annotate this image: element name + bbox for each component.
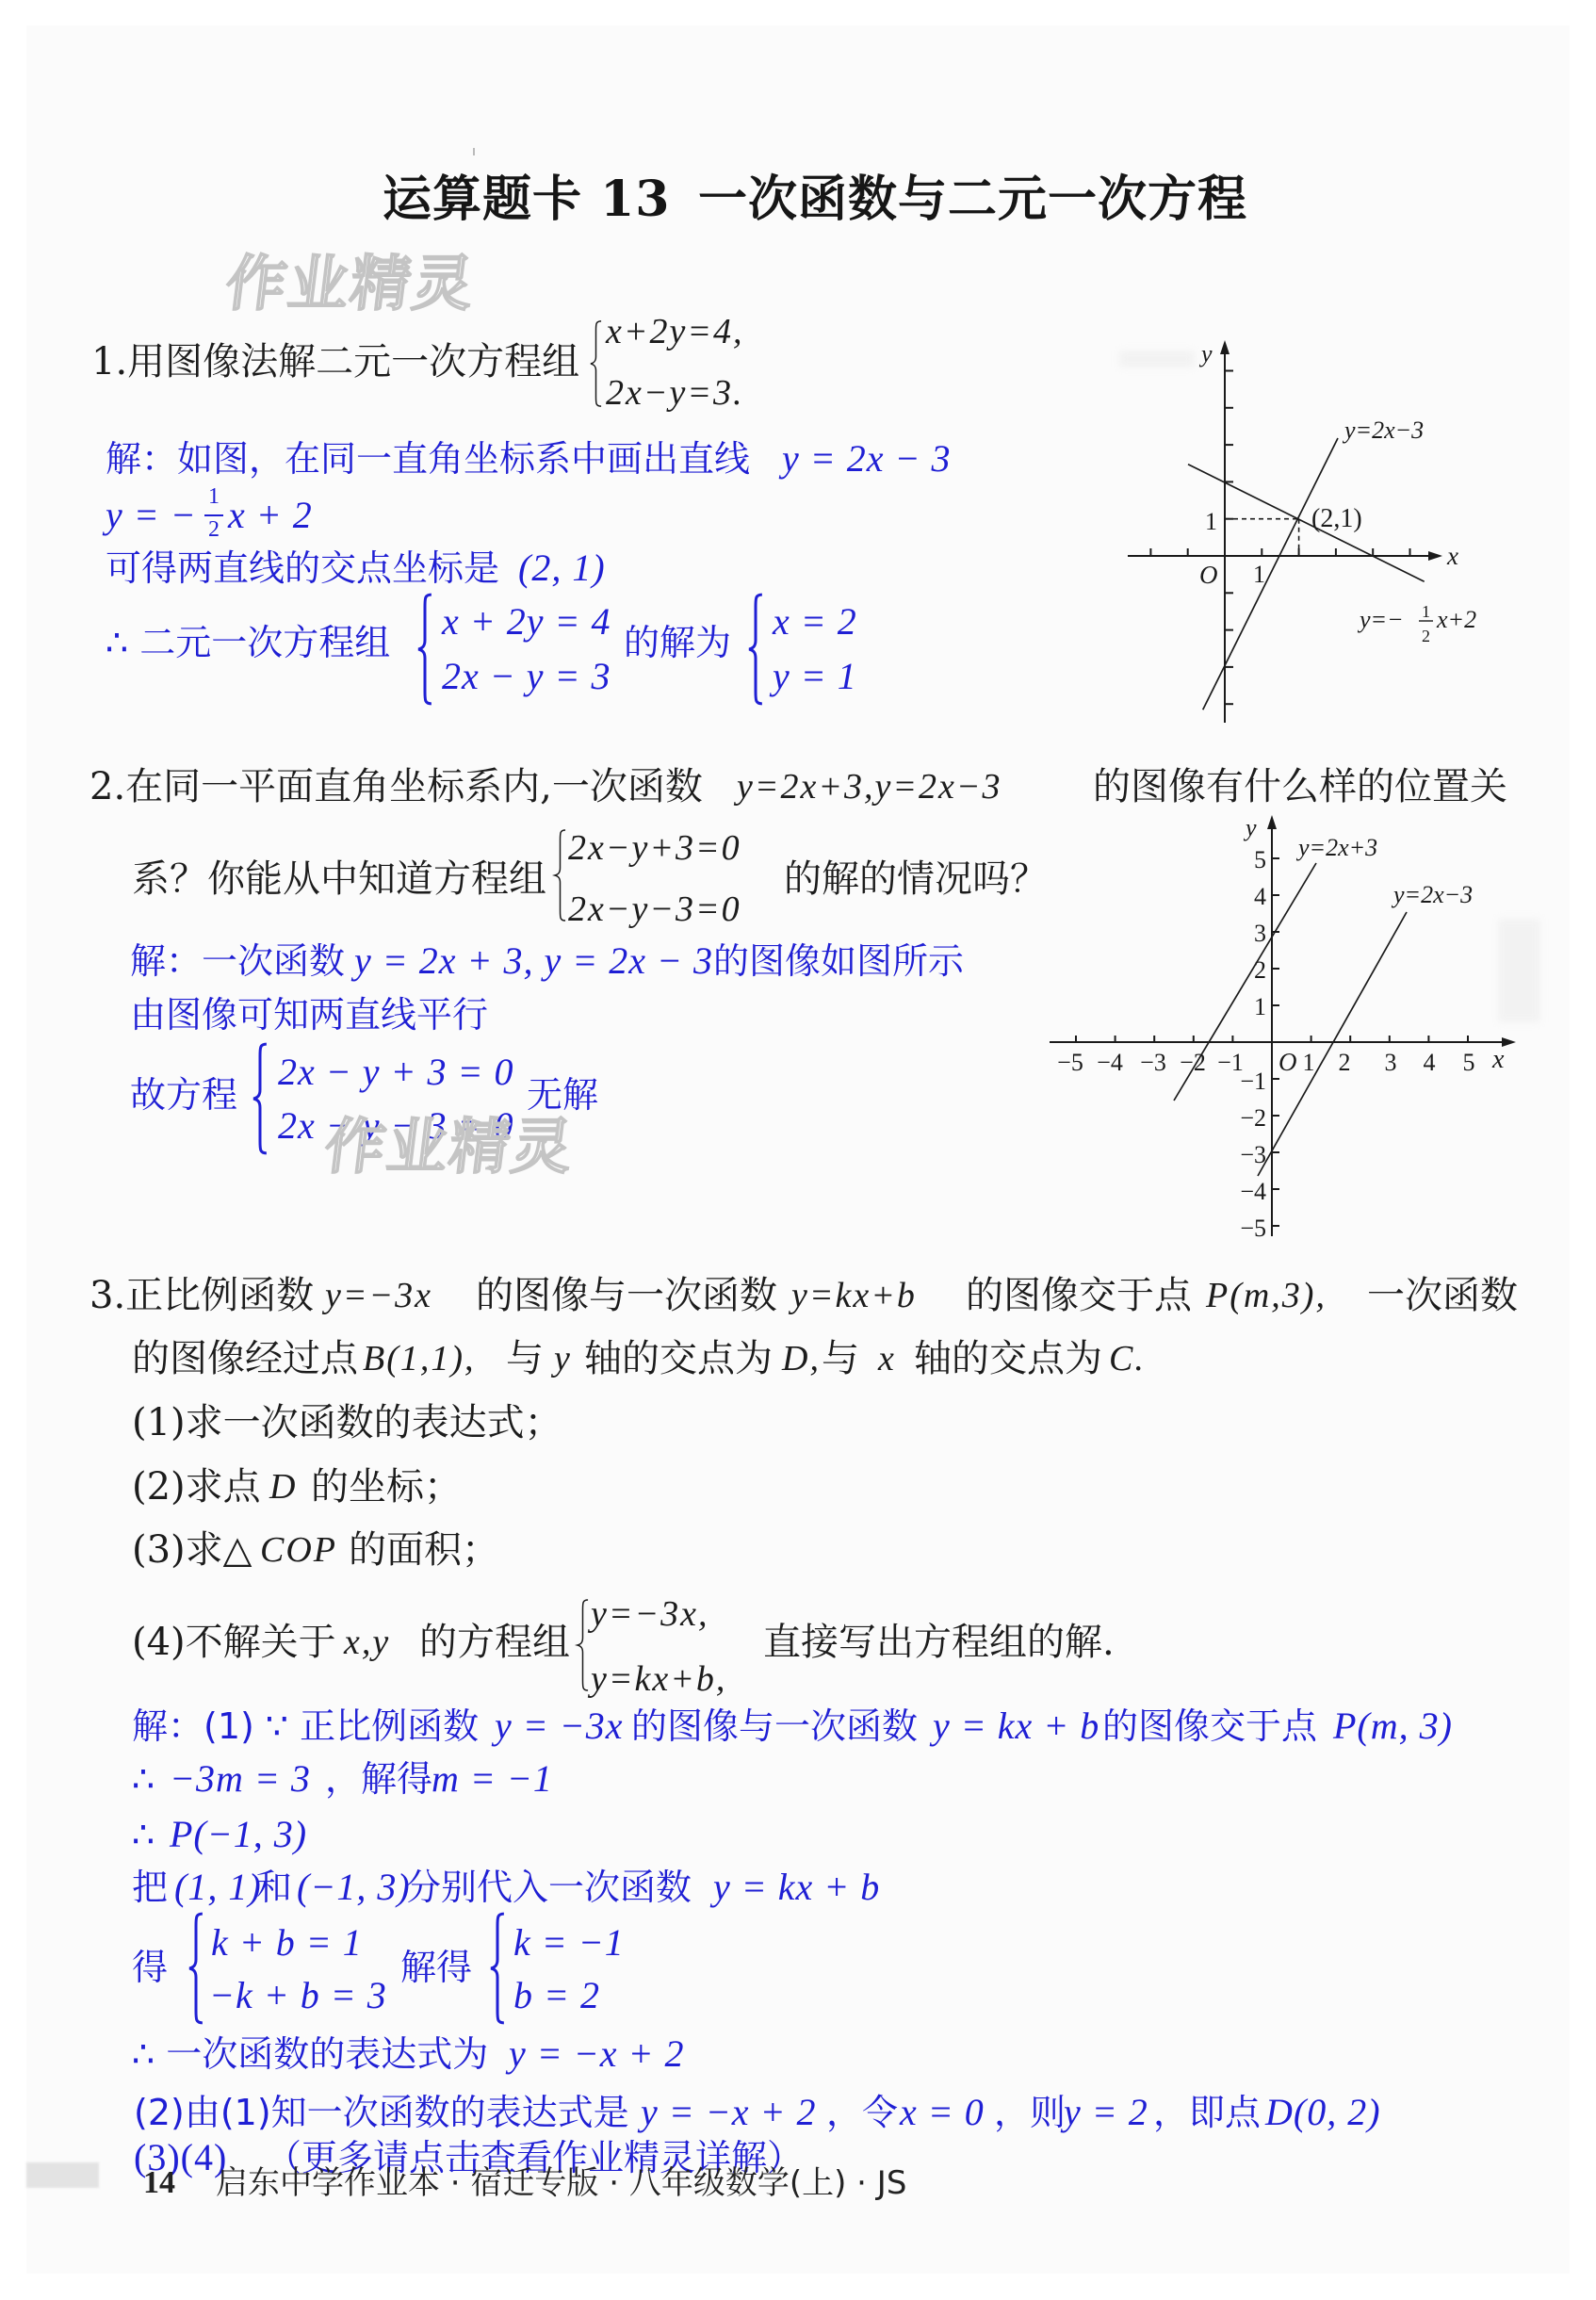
- y-tick-label: −5: [1240, 1215, 1266, 1242]
- intersection-label: (2,1): [1311, 504, 1362, 533]
- watermark: 作业精灵: [222, 254, 479, 315]
- scan-speck: [473, 148, 475, 155]
- q3-answer-l5-b: 解得: [400, 1949, 472, 1985]
- q3-line2-math4: x: [878, 1341, 896, 1377]
- q3-part3-math: COP: [260, 1532, 337, 1568]
- q3-answer-l7-d: ，即点: [1153, 2095, 1261, 2130]
- q2-coordinate-graph: −5 −4 −3 −2 −1 1 2 3 4 5 5 4 3 2 1 −1 −2…: [1036, 801, 1564, 1253]
- fraction-numerator: 1: [208, 485, 220, 508]
- x-tick-label: −2: [1180, 1049, 1206, 1076]
- q2-answer-line1-math: y = 2x + 3, y = 2x − 3: [354, 942, 713, 980]
- q2-answer-line1-a: 解：一次函数: [130, 943, 345, 979]
- x-tick-label: −4: [1097, 1049, 1123, 1076]
- q3-part4-b: 的方程组: [419, 1623, 570, 1661]
- y-tick-label: 1: [1205, 508, 1217, 535]
- q1-answer-line1-math: y = 2x − 3: [782, 440, 952, 478]
- q3-line1-math2: y=kx+b: [791, 1278, 917, 1313]
- q3-answer-l7-b: ，令: [826, 2095, 898, 2130]
- q3-line1-d: 一次函数: [1367, 1277, 1518, 1314]
- x-tick-label: 2: [1339, 1049, 1351, 1076]
- q3-line2-b: 与: [506, 1340, 544, 1378]
- q3-line2-math5: C.: [1109, 1341, 1146, 1377]
- line-label-frac-den: 2: [1422, 627, 1430, 645]
- q1-equation-2: 2x−y=3.: [606, 375, 744, 411]
- page-title: 一次函数与二元一次方程: [698, 175, 1247, 224]
- y-tick-label: −4: [1240, 1178, 1266, 1205]
- x-tick-label: 5: [1463, 1049, 1475, 1076]
- q1-answer-solution-y: y = 1: [773, 658, 857, 695]
- y-tick-label: 2: [1254, 956, 1266, 984]
- brace-icon: [577, 1599, 589, 1691]
- q1-answer-intersection: (2, 1): [518, 549, 606, 587]
- x-tick-label: 1: [1303, 1049, 1315, 1076]
- x-tick-label: 1: [1253, 561, 1265, 588]
- x-axis-label: x: [1491, 1045, 1505, 1074]
- q3-line2-math2: y: [554, 1341, 572, 1377]
- q2-answer-line2: 由图像可知两直线平行: [130, 997, 488, 1033]
- brace-icon: [417, 594, 432, 705]
- q2-prompt-line2-a: 系？你能从中知道方程组: [132, 860, 546, 898]
- q3-part4-equation-1: y=−3x,: [591, 1596, 709, 1632]
- line-y-neg-half-x-plus-2: [1188, 465, 1425, 582]
- brace-icon: [252, 1043, 268, 1154]
- q2-answer-line1-b: 的图像如图所示: [713, 943, 964, 979]
- q3-answer-solution-k: k = −1: [513, 1924, 625, 1962]
- q2-prompt-line2-b: 的解的情况吗？: [784, 860, 1048, 898]
- q3-part3-b: 的面积；: [349, 1531, 499, 1569]
- q3-answer-l1-math2: y = kx + b: [933, 1707, 1099, 1745]
- line-label-y-2x-minus-3: y=2x−3: [1342, 416, 1424, 444]
- q3-part4-math: x,y: [344, 1624, 390, 1660]
- q3-answer-l2-b: ，解得: [325, 1761, 432, 1797]
- y-axis-arrow-icon: [1267, 815, 1277, 829]
- q3-answer-l7-c: ，则: [994, 2095, 1066, 2130]
- y-tick-label: 4: [1254, 883, 1266, 910]
- q3-answer-l7-math2: x = 0: [900, 2094, 985, 2131]
- q3-answer-l5-a: 得: [132, 1949, 168, 1985]
- y-tick-label: 1: [1254, 993, 1266, 1020]
- line-label-lhs: y=−: [1357, 606, 1404, 633]
- y-axis-label: y: [1198, 340, 1213, 367]
- q3-answer-l4-b: 和: [256, 1869, 292, 1905]
- y-tick-label: −1: [1240, 1068, 1266, 1095]
- q3-line2-a: 的图像经过点: [132, 1340, 358, 1378]
- y-tick-label: −2: [1240, 1104, 1266, 1132]
- q3-answer-l4-c: 分别代入一次函数: [405, 1869, 692, 1905]
- q3-part4-c: 直接写出方程组的解.: [763, 1623, 1115, 1661]
- q3-part2-b: 的坐标；: [311, 1468, 462, 1506]
- watermark: 作业精灵: [321, 1117, 578, 1178]
- q1-answer-line4-mid: 的解为: [624, 625, 731, 661]
- q1-answer-line3: 可得两直线的交点坐标是: [106, 550, 499, 586]
- q3-part4-a: (4)不解关于: [132, 1623, 336, 1661]
- q3-line1-a: 3.正比例函数: [90, 1277, 314, 1314]
- origin-label: O: [1199, 561, 1218, 589]
- q3-answer-l4-math2: (−1, 3): [297, 1868, 411, 1906]
- q3-part1: (1)求一次函数的表达式；: [132, 1404, 562, 1442]
- x-tick-label: −3: [1140, 1049, 1166, 1076]
- q3-line1-math1: y=−3x: [325, 1278, 432, 1313]
- q1-equation-1: x+2y=4,: [606, 314, 744, 350]
- brace-icon: [188, 1913, 204, 2024]
- q3-line2-math3: D,: [782, 1341, 821, 1377]
- q3-answer-system-eq2: −k + b = 3: [209, 1977, 387, 2015]
- y-tick-label: 5: [1254, 846, 1266, 873]
- y-axis-ticks: [1225, 371, 1233, 705]
- q2-prompt-line1-b: 的图像有什么样的位置关: [1093, 768, 1507, 806]
- q3-answer-l7-math3: y = 2: [1064, 2094, 1148, 2131]
- q3-line2-c: 轴的交点为: [584, 1340, 773, 1378]
- y-tick-label: 3: [1254, 920, 1266, 947]
- q2-answer-line3-prefix: 故方程: [130, 1077, 237, 1113]
- q2-equation-1: 2x−y+3=0: [568, 830, 741, 866]
- q3-answer-l1-math1: y = −3x: [495, 1707, 624, 1745]
- q2-equation-2: 2x−y−3=0: [568, 891, 741, 927]
- y-axis-label: y: [1243, 814, 1257, 841]
- q1-answer-solution-x: x = 2: [773, 603, 857, 641]
- q3-answer-l4-math3: y = kx + b: [713, 1868, 880, 1906]
- q3-line2-e: 轴的交点为: [914, 1340, 1102, 1378]
- q3-line2-d: 与: [822, 1340, 859, 1378]
- x-tick-label: −5: [1057, 1049, 1083, 1076]
- q2-prompt-line1-a: 2.在同一平面直角坐标系内,一次函数: [90, 768, 703, 806]
- x-tick-label: 4: [1424, 1049, 1436, 1076]
- q3-answer-l1-a: 解：(1) ∵ 正比例函数: [132, 1708, 479, 1744]
- q3-answer-l6-math1: y = −x + 2: [509, 2035, 684, 2073]
- line-label-y-2x-plus-3: y=2x+3: [1295, 834, 1377, 861]
- q3-answer-l7-math1: y = −x + 2: [641, 2094, 816, 2131]
- brace-icon: [748, 594, 763, 705]
- page-number: 14: [143, 2167, 175, 2199]
- q3-answer-system-eq1: k + b = 1: [211, 1924, 363, 1962]
- footer-book-info: 启东中学作业本 · 宿迁专版 · 八年级数学(上) · JS: [216, 2167, 906, 2199]
- q2-prompt-line1-math: y=2x+3,y=2x−3: [737, 769, 1002, 805]
- q3-answer-l1-math3: P(m, 3): [1333, 1707, 1453, 1745]
- q3-answer-l6-a: ∴ 一次函数的表达式为: [132, 2036, 488, 2072]
- x-axis-arrow-icon: [1428, 551, 1442, 561]
- q3-answer-l1-b: 的图像与一次函数: [631, 1708, 918, 1744]
- q3-answer-l7-a: (2)由(1)知一次函数的表达式是: [134, 2095, 629, 2130]
- y-tick-labels: 5 4 3 2 1 −1 −2 −3 −4 −5: [1240, 846, 1266, 1242]
- scan-smudge: [26, 2162, 99, 2188]
- q1-answer-line1: 解：如图，在同一直角坐标系中画出直线: [106, 441, 750, 477]
- brace-icon: [554, 829, 566, 922]
- line-label-rhs: x+2: [1436, 606, 1476, 633]
- fraction-bar: [204, 514, 223, 516]
- q1-answer-line4-prefix: ∴ 二元一次方程组: [106, 625, 390, 661]
- q1-answer-system-eq2: 2x − y = 3: [442, 658, 611, 695]
- line-y-2x-minus-3: [1258, 912, 1407, 1176]
- y-axis-arrow-icon: [1220, 340, 1230, 354]
- q3-line1-math3: P(m,3),: [1206, 1278, 1327, 1313]
- q2-answer-system-eq1: 2x − y + 3 = 0: [278, 1053, 513, 1091]
- q1-coordinate-graph: y x O 1 1 (2,1) y=2x−3 y=− 1 2 x+2: [1112, 320, 1526, 735]
- q3-answer-l3-a: ∴: [132, 1817, 155, 1852]
- q3-answer-solution-b: b = 2: [513, 1977, 600, 2015]
- brace-icon: [590, 320, 602, 407]
- x-axis-label: x: [1446, 542, 1458, 570]
- q3-line1-b: 的图像与一次函数: [476, 1277, 777, 1314]
- line-label-frac-num: 1: [1422, 602, 1430, 621]
- q3-part4-equation-2: y=kx+b,: [591, 1661, 726, 1697]
- q2-answer-line3-suffix: 无解: [527, 1077, 598, 1113]
- q3-answer-l2-a: ∴: [132, 1761, 155, 1797]
- q3-answer-l2-math1: −3m = 3: [170, 1760, 311, 1798]
- q3-line2-math1: B(1,1),: [363, 1341, 476, 1377]
- q1-answer-line2-lhs: y = −: [106, 497, 197, 534]
- page-title-prefix: 运算题卡 13: [383, 175, 670, 224]
- line-y-2x-minus-3: [1203, 438, 1338, 710]
- q3-answer-l2-math2: m = −1: [432, 1760, 553, 1798]
- q3-part2-math: D: [269, 1469, 297, 1505]
- brace-icon: [490, 1913, 505, 2024]
- q3-part2-a: (2)求点: [132, 1468, 261, 1506]
- q3-answer-l4-math1: (1, 1): [174, 1868, 262, 1906]
- q3-answer-l3-math1: P(−1, 3): [170, 1816, 307, 1853]
- q3-part3-a: (3)求△: [132, 1531, 252, 1569]
- q3-answer-l1-c: 的图像交于点: [1102, 1708, 1317, 1744]
- line-label-y-2x-minus-3: y=2x−3: [1391, 881, 1473, 908]
- q3-answer-l7-math4: D(0, 2): [1265, 2094, 1381, 2131]
- q3-line1-c: 的图像交于点: [966, 1277, 1192, 1314]
- y-tick-label: −3: [1240, 1141, 1266, 1168]
- q3-answer-l4-a: 把: [132, 1869, 168, 1905]
- fraction-denominator: 2: [208, 518, 220, 541]
- q1-answer-line2-rhs: x + 2: [228, 497, 313, 534]
- origin-label: O: [1278, 1048, 1297, 1076]
- q1-answer-system-eq1: x + 2y = 4: [442, 603, 611, 641]
- x-tick-label: 3: [1385, 1049, 1397, 1076]
- q1-prompt: 1.用图像法解二元一次方程组: [91, 343, 579, 381]
